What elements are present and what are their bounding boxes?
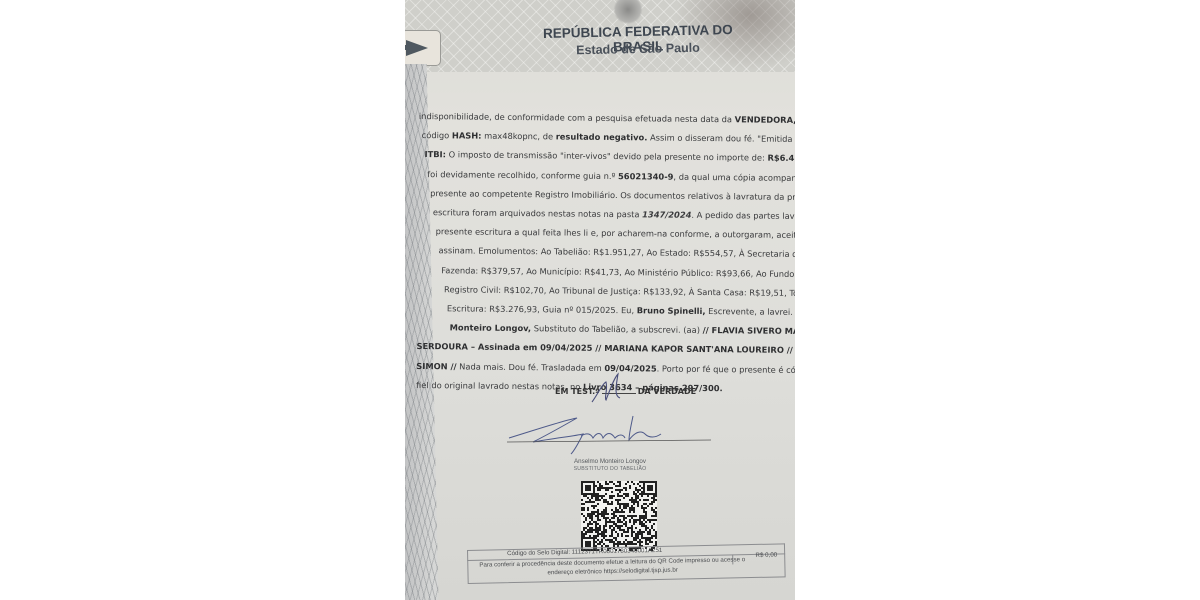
handwritten-signature-icon xyxy=(505,412,715,462)
coat-of-arms-icon xyxy=(613,0,643,24)
seal-code-label: Código do Selo Digital: xyxy=(507,549,570,557)
initials-signature-icon xyxy=(590,372,630,408)
document-photo: REPÚBLICA FEDERATIVA DO BRASIL Estado de… xyxy=(405,0,795,600)
signer-role: SUBSTITUTO DO TABELIÃO xyxy=(555,466,665,472)
seal-price: R$ 0,00 xyxy=(755,552,777,559)
signer-name: Anselmo Monteiro Longov xyxy=(555,458,665,465)
digital-seal-box: Código do Selo Digital: 1112371TR0001780… xyxy=(467,543,786,586)
deed-body-text: indisponibilidade, de conformidade com a… xyxy=(416,107,791,399)
qr-code[interactable] xyxy=(581,481,657,551)
attestation-suffix: DA VERDADE xyxy=(638,387,696,396)
pen-nib-logo-icon xyxy=(405,30,441,66)
